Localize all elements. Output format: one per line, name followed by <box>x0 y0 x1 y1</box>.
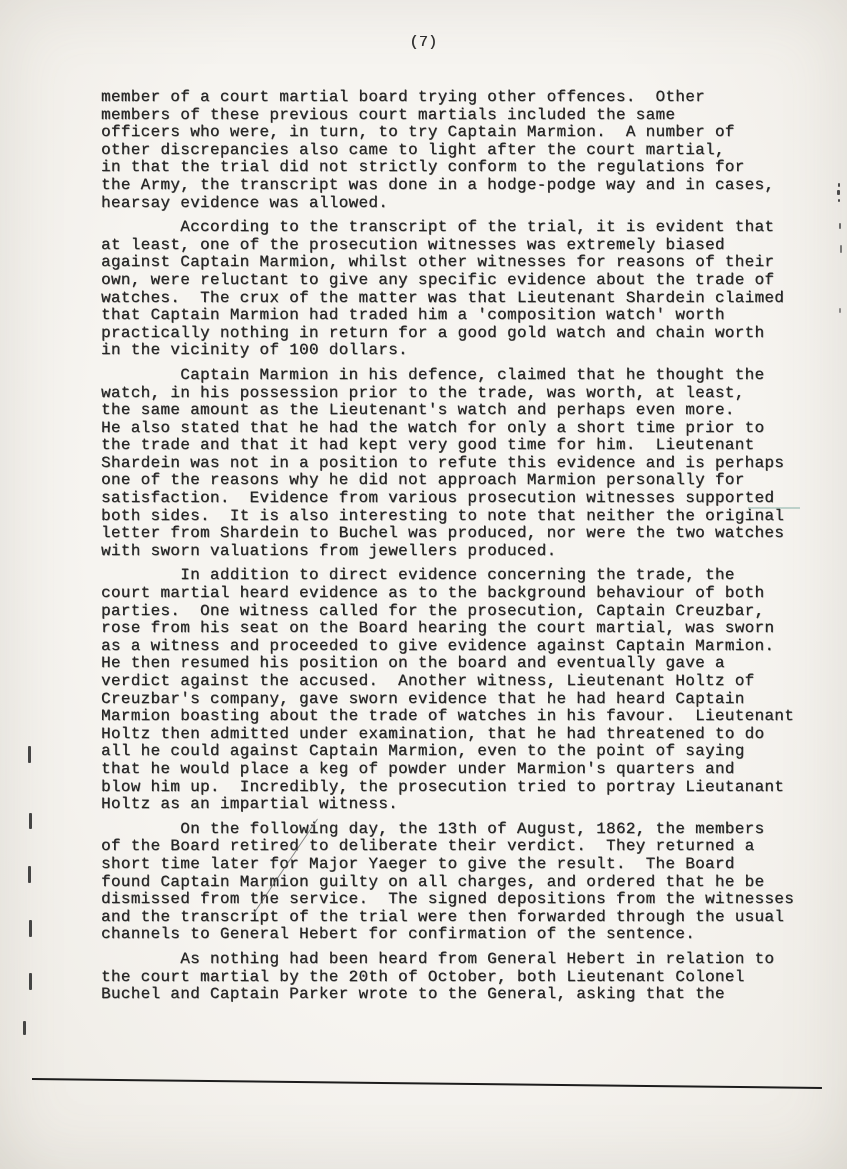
right-edge-mark <box>838 199 840 202</box>
paragraph-6: As nothing had been heard from General H… <box>101 951 807 1004</box>
paragraph-2: According to the transcript of the trial… <box>101 219 807 360</box>
page-number: (7) <box>0 34 847 51</box>
right-edge-mark <box>839 223 841 229</box>
footer-rule <box>32 1078 822 1089</box>
right-edge-mark <box>837 190 840 195</box>
left-margin-mark <box>28 866 31 883</box>
left-margin-mark <box>29 973 32 990</box>
paragraph-1: member of a court martial board trying o… <box>101 89 807 212</box>
paragraph-4: In addition to direct evidence concernin… <box>101 567 807 813</box>
left-margin-mark <box>28 746 31 763</box>
left-margin-mark <box>23 1021 26 1035</box>
scanned-document-page: (7) member of a court martial board tryi… <box>0 0 847 1169</box>
paragraph-3: Captain Marmion in his defence, claimed … <box>101 367 807 561</box>
left-margin-mark <box>29 813 32 829</box>
right-edge-mark <box>840 245 842 253</box>
right-edge-mark <box>838 183 840 187</box>
document-body: member of a court martial board trying o… <box>101 89 807 1011</box>
right-edge-mark <box>839 308 841 313</box>
scanner-color-artifact <box>748 507 800 509</box>
left-margin-mark <box>29 920 32 937</box>
paragraph-5: On the following day, the 13th of August… <box>101 821 807 944</box>
